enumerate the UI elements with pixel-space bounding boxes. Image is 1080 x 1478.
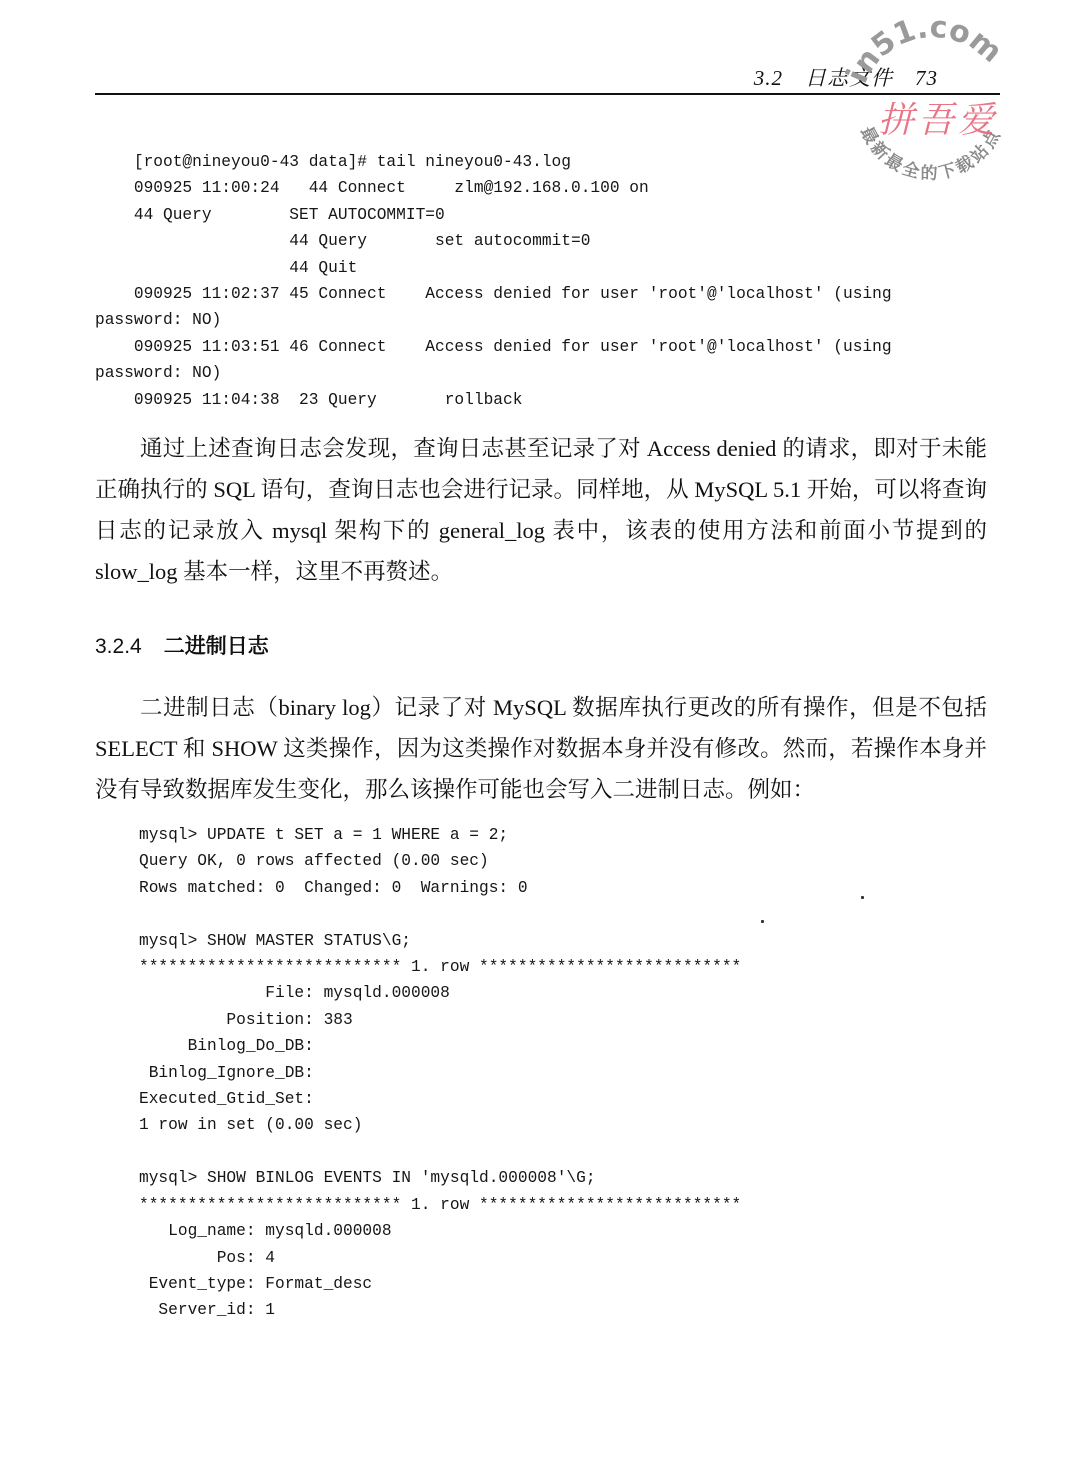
code-line: Binlog_Do_DB: <box>139 1037 314 1055</box>
scan-speck <box>761 920 764 923</box>
code-line: 090925 11:04:38 23 Query rollback <box>95 391 522 409</box>
code-line: Server_id: 1 <box>139 1301 275 1319</box>
body-paragraph-2: 二进制日志（binary log）记录了对 MySQL 数据库执行更改的所有操作… <box>95 687 987 810</box>
code-line: Executed_Gtid_Set: <box>139 1090 314 1108</box>
code-line: Event_type: Format_desc <box>139 1275 372 1293</box>
code-line: *************************** 1. row *****… <box>139 1196 741 1214</box>
code-line: 44 Quit <box>95 259 357 277</box>
svg-text:in51.com: in51.com <box>840 10 1009 88</box>
header-section-number: 3.2 <box>754 66 783 90</box>
code-line: 090925 11:02:37 45 Connect Access denied… <box>95 285 892 303</box>
code-line: mysql> SHOW MASTER STATUS\G; <box>139 932 411 950</box>
watermark-center-text: 拼吾爱 <box>868 92 1008 143</box>
body-paragraph-1: 通过上述查询日志会发现，查询日志甚至记录了对 Access denied 的请求… <box>95 428 987 592</box>
code-line: Binlog_Ignore_DB: <box>139 1064 314 1082</box>
code-line: mysql> SHOW BINLOG EVENTS IN 'mysqld.000… <box>139 1169 596 1187</box>
section-number: 3.2.4 <box>95 635 142 658</box>
code-line: *************************** 1. row *****… <box>139 958 741 976</box>
code-block-binlog: mysql> UPDATE t SET a = 1 WHERE a = 2; Q… <box>139 822 741 1324</box>
scan-speck <box>861 896 864 899</box>
code-line: 44 Query set autocommit=0 <box>95 232 590 250</box>
code-line: File: mysqld.000008 <box>139 984 450 1002</box>
section-title: 二进制日志 <box>164 635 269 658</box>
code-line: 090925 11:03:51 46 Connect Access denied… <box>95 338 892 356</box>
code-line: 1 row in set (0.00 sec) <box>139 1116 362 1134</box>
code-line: Query OK, 0 rows affected (0.00 sec) <box>139 852 489 870</box>
section-heading: 3.2.4二进制日志 <box>95 630 269 660</box>
code-line: 090925 11:00:24 44 Connect zlm@192.168.0… <box>95 179 649 197</box>
code-line: Rows matched: 0 Changed: 0 Warnings: 0 <box>139 879 528 897</box>
code-line: Position: 383 <box>139 1011 353 1029</box>
code-line: 44 Query SET AUTOCOMMIT=0 <box>95 206 445 224</box>
code-block-query-log: [root@nineyou0-43 data]# tail nineyou0-4… <box>95 149 892 413</box>
code-line: [root@nineyou0-43 data]# tail nineyou0-4… <box>95 153 571 171</box>
code-line: mysql> UPDATE t SET a = 1 WHERE a = 2; <box>139 826 508 844</box>
code-line: Log_name: mysqld.000008 <box>139 1222 392 1240</box>
code-line: password: NO) <box>95 311 221 329</box>
code-line: password: NO) <box>95 364 221 382</box>
code-line: Pos: 4 <box>139 1249 275 1267</box>
